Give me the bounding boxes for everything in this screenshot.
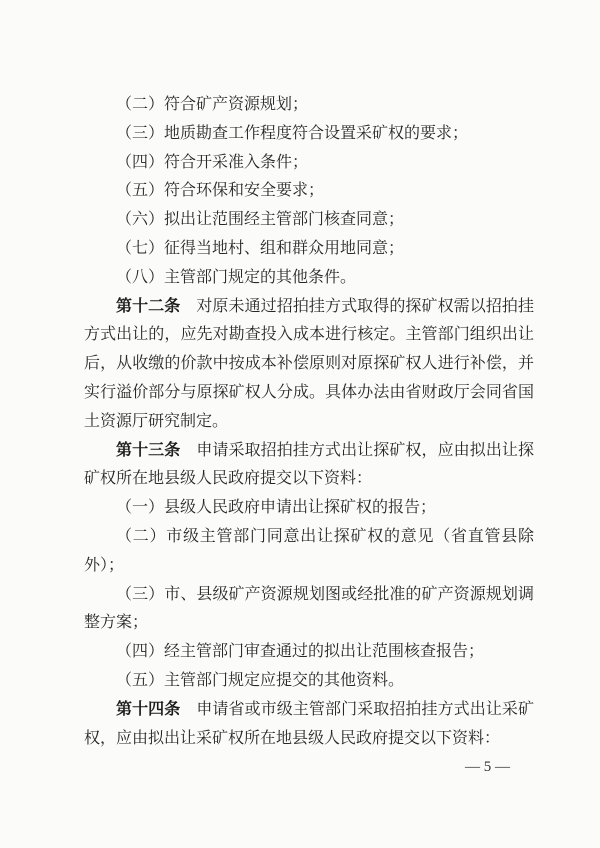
document-page: （二）符合矿产资源规划； （三）地质勘查工作程度符合设置采矿权的要求； （四）符… [0,0,600,848]
article-label: 第十四条 [116,701,180,718]
list-item: （三）地质勘查工作程度符合设置采矿权的要求； [84,120,534,149]
list-item: （三）市、县级矿产资源规划图或经批准的矿产资源规划调整方案； [84,581,534,639]
list-item: （七）征得当地村、组和群众用地同意； [84,235,534,264]
list-item: （五）主管部门规定应提交的其他资料。 [84,667,534,696]
list-item: （六）拟出让范围经主管部门核查同意； [84,206,534,235]
article-paragraph: 第十四条申请省或市级主管部门采取招拍挂方式出让采矿权，应由拟出让采矿权所在地县级… [84,696,534,754]
article-text: 对原未通过招拍挂方式取得的探矿权需以招拍挂方式出让的，应先对勘查投入成本进行核定… [84,298,534,430]
article-label: 第十三条 [116,442,180,459]
list-item: （八）主管部门规定的其他条件。 [84,264,534,293]
article-label: 第十二条 [116,298,180,315]
list-item: （二）市级主管部门同意出让探矿权的意见（省直管县除外）； [84,523,534,581]
list-item: （四）经主管部门审查通过的拟出让范围核查报告； [84,638,534,667]
article-paragraph: 第十二条对原未通过招拍挂方式取得的探矿权需以招拍挂方式出让的，应先对勘查投入成本… [84,293,534,437]
page-number: — 5 — [84,753,534,782]
article-paragraph: 第十三条申请采取招拍挂方式出让探矿权，应由拟出让探矿权所在地县级人民政府提交以下… [84,437,534,495]
list-item: （一）县级人民政府申请出让探矿权的报告； [84,494,534,523]
list-item: （二）符合矿产资源规划； [84,91,534,120]
list-item: （五）符合环保和安全要求； [84,177,534,206]
list-item: （四）符合开采准入条件； [84,149,534,178]
